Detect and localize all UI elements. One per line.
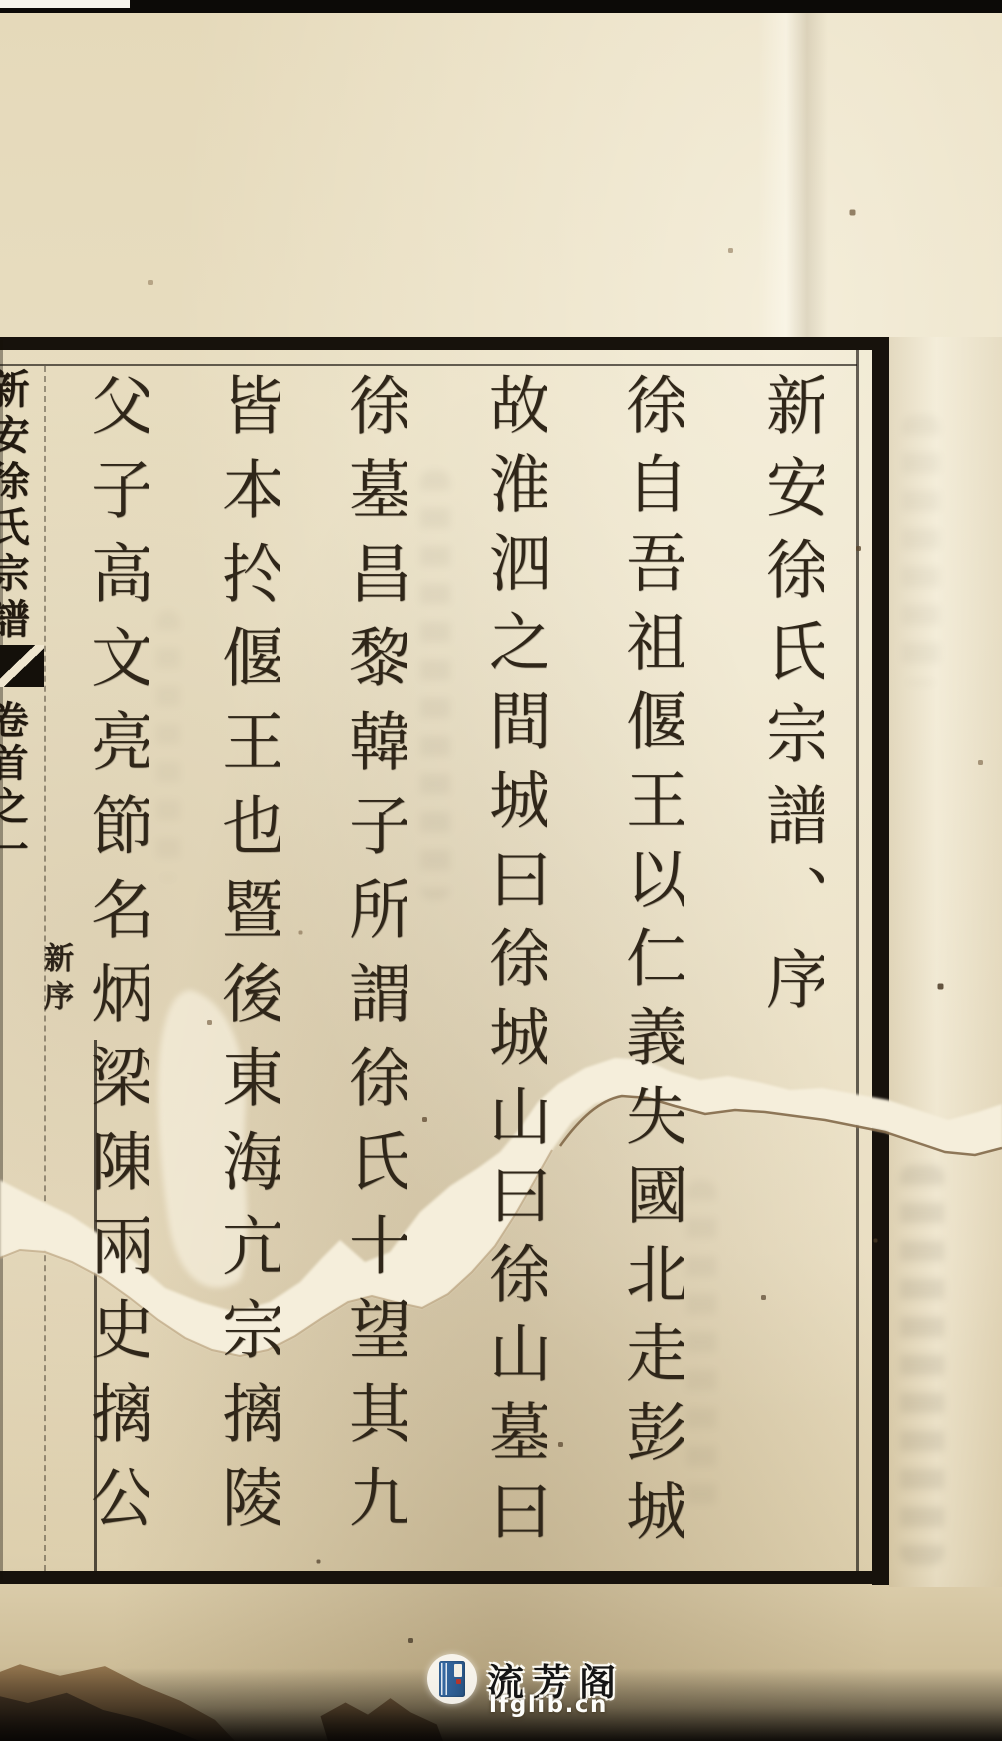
ink-bleed-ghost <box>902 415 940 685</box>
ink-bleed-ghost <box>686 1180 716 1510</box>
calligraphy-column-3: 故淮泗之間城曰徐城山曰徐山墓曰 <box>484 372 547 1577</box>
frame-right-inner-line <box>856 350 859 1574</box>
calligraphy-column-2: 徐自吾祖偃王以仁義失國北走彭城 <box>621 372 684 1577</box>
spine-section-label: 新序 <box>40 942 70 1018</box>
book-binding-stitches <box>441 1663 450 1695</box>
book-icon <box>427 1654 477 1704</box>
calligraphy-column-6: 父子高文亮節名炳梁陳兩史摛公 <box>85 372 149 1577</box>
ink-bleed-ghost <box>156 610 180 880</box>
frame-top-inner-line <box>0 364 857 366</box>
ink-bleed-ghost <box>900 1165 944 1565</box>
top-edge-highlight <box>0 0 130 8</box>
page-fold-crease <box>758 13 828 339</box>
calligraphy-column-1: 新安徐氏宗譜、序 <box>760 372 824 1577</box>
watermark-badge <box>427 1654 477 1704</box>
frame-top-border <box>0 337 889 350</box>
watermark-site-url: lfglib.cn <box>489 1692 608 1718</box>
genealogy-page-scan: 新安徐氏宗譜 卷首之一 新序 新安徐氏宗譜、序 徐自吾祖偃王以仁義失國北走彭城 … <box>0 0 1002 1741</box>
spine-title: 新安徐氏宗譜 <box>0 368 26 644</box>
ink-bleed-ghost <box>420 470 450 900</box>
book-title-label <box>454 1664 462 1677</box>
watermark: 流芳阁 lfglib.cn <box>420 1640 730 1730</box>
top-edge-band <box>0 0 1002 13</box>
calligraphy-column-4: 徐墓昌黎韓子所謂徐氏十望其九 <box>343 372 407 1577</box>
book-seal-mark <box>456 1679 461 1684</box>
calligraphy-column-5: 皆本扵偃王也暨後東海亢宗摛陵 <box>216 372 280 1577</box>
frame-right-border <box>872 337 889 1585</box>
spine-volume-label: 卷首之一 <box>0 700 25 872</box>
fishtail-mark <box>0 645 44 687</box>
